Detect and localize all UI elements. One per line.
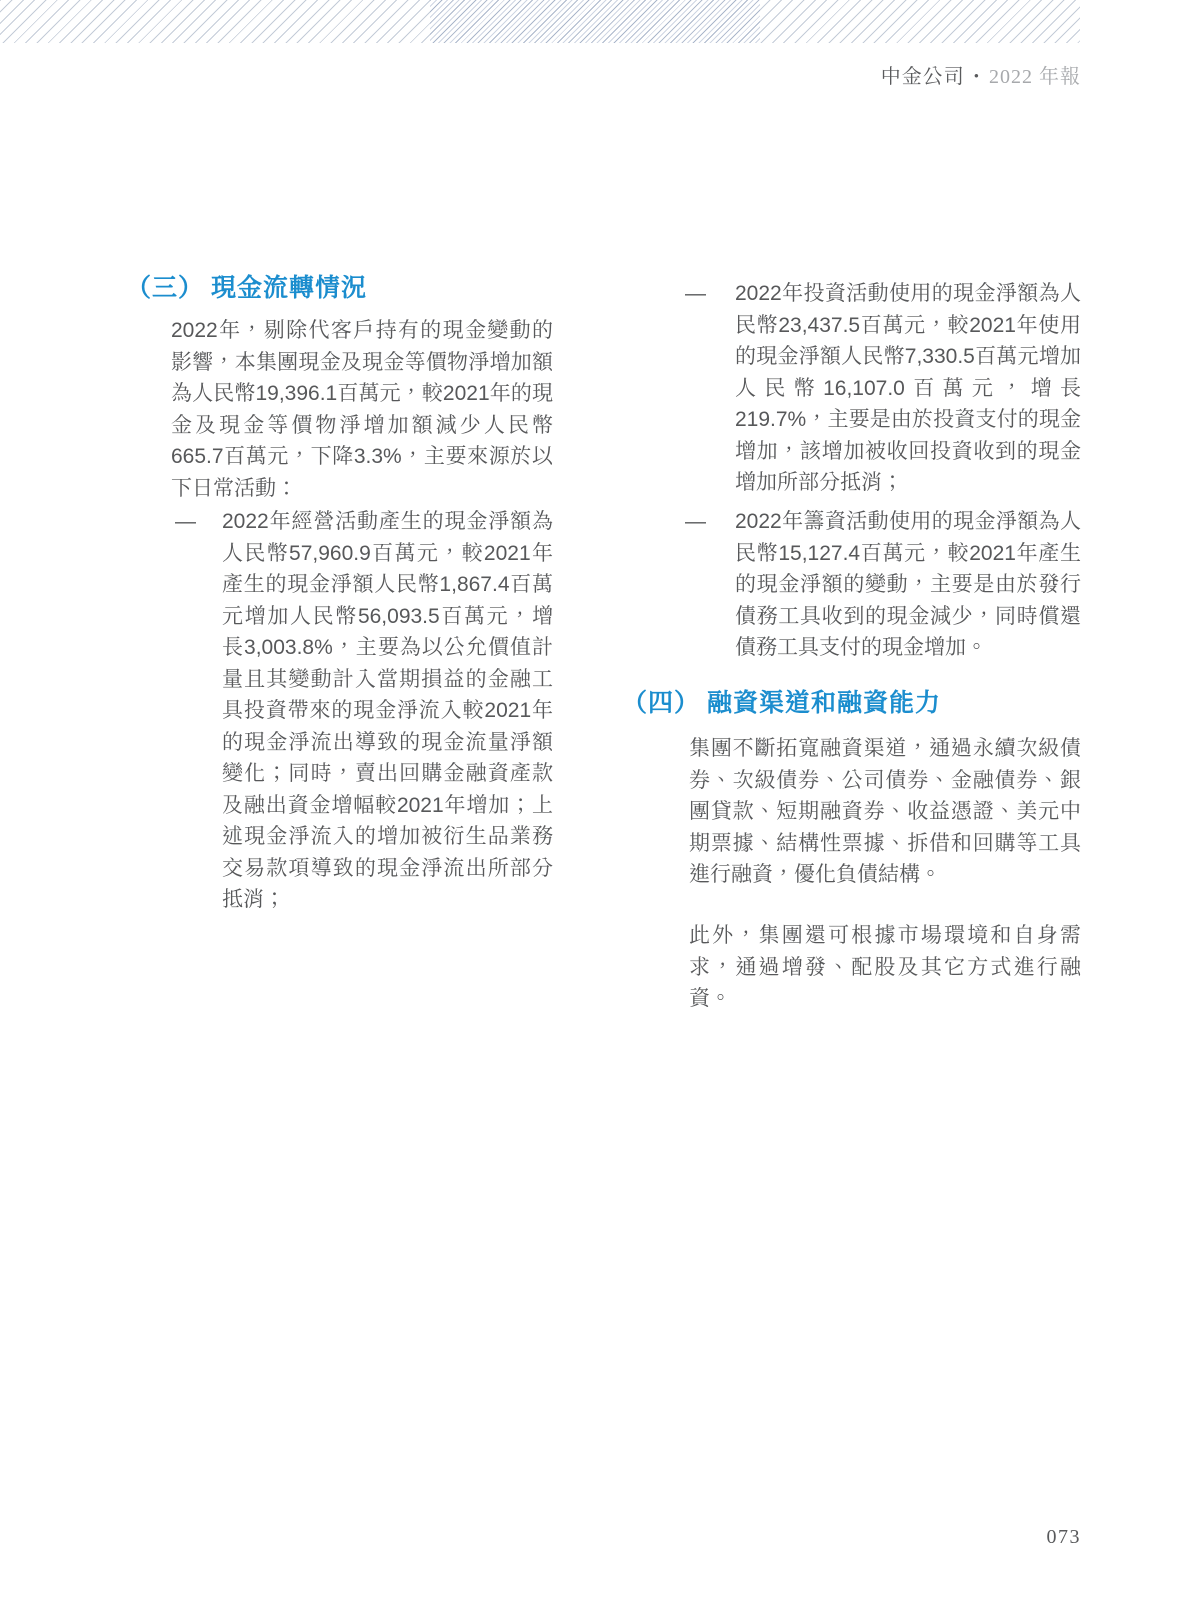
page-header: 中金公司•2022 年報 xyxy=(0,60,1081,89)
section-four-heading: （四）融資渠道和融資能力 xyxy=(622,683,941,719)
list-item-financing-activities: — 2022年籌資活動使用的現金淨額為人民幣15,127.4百萬元，較2021年… xyxy=(685,506,1081,664)
section-three-heading: （三）現金流轉情況 xyxy=(126,268,367,304)
list-item-investing-activities: — 2022年投資活動使用的現金淨額為人民幣23,437.5百萬元，較2021年… xyxy=(685,278,1081,499)
section-four-paragraph-1: 集團不斷拓寬融資渠道，通過永續次級債券、次級債券、公司債券、金融債券、銀團貸款、… xyxy=(689,733,1081,891)
hatch-pattern-dense-patch xyxy=(430,0,760,43)
header-brand: 中金公司 xyxy=(881,66,965,88)
section-three-number: （三） xyxy=(126,274,204,302)
section-four-number: （四） xyxy=(622,689,700,717)
dash-bullet-marker: — xyxy=(175,506,222,916)
page-number: 073 xyxy=(0,1526,1081,1549)
list-item-text: 2022年籌資活動使用的現金淨額為人民幣15,127.4百萬元，較2021年產生… xyxy=(735,506,1081,664)
section-four-paragraph-2: 此外，集團還可根據市場環境和自身需求，通過增發、配股及其它方式進行融資。 xyxy=(689,920,1081,1015)
header-separator-dot: • xyxy=(974,69,980,86)
section-three-title: 現金流轉情況 xyxy=(211,274,367,302)
section-three-intro-paragraph: 2022年，剔除代客戶持有的現金變動的影響，本集團現金及現金等價物淨增加額為人民… xyxy=(171,315,553,504)
dash-bullet-marker: — xyxy=(685,506,735,664)
section-four-title: 融資渠道和融資能力 xyxy=(707,689,941,717)
dash-bullet-marker: — xyxy=(685,278,735,499)
list-item-operating-activities: — 2022年經營活動產生的現金淨額為人民幣57,960.9百萬元，較2021年… xyxy=(175,506,553,916)
annual-report-page: 中金公司•2022 年報 （三）現金流轉情況 2022年，剔除代客戶持有的現金變… xyxy=(0,0,1190,1615)
header-edition: 2022 年報 xyxy=(989,66,1081,88)
list-item-text: 2022年投資活動使用的現金淨額為人民幣23,437.5百萬元，較2021年使用… xyxy=(735,278,1081,499)
list-item-text: 2022年經營活動產生的現金淨額為人民幣57,960.9百萬元，較2021年產生… xyxy=(222,506,553,916)
